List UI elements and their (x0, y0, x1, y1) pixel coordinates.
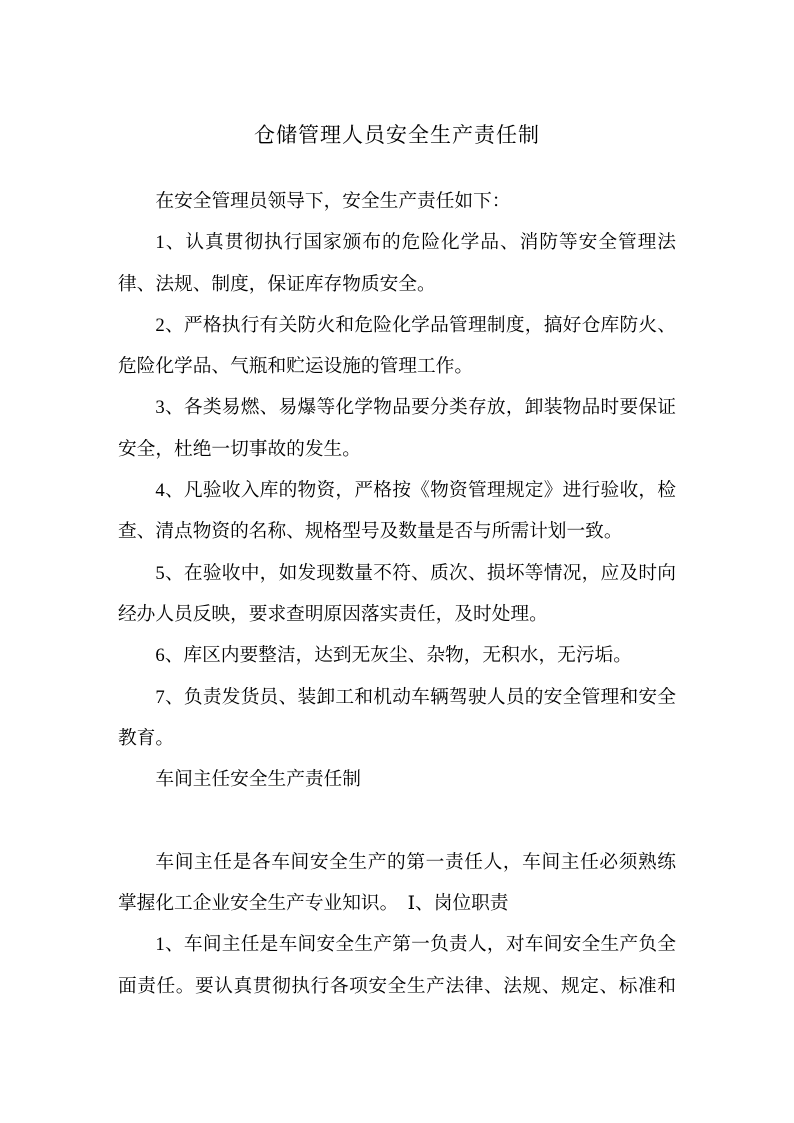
text-line: 面责任。要认真贯彻执行各项安全生产法律、法规、规定、标准和 (118, 966, 676, 1007)
text-line: 1、车间主任是车间安全生产第一负责人，对车间安全生产负全 (118, 924, 676, 965)
document-page: 仓储管理人员安全生产责任制 在安全管理员领导下，安全生产责任如下：1、认真贯彻执… (0, 0, 794, 1123)
text-line: 1、认真贯彻执行国家颁布的危险化学品、消防等安全管理法 (118, 222, 676, 263)
document-body: 在安全管理员领导下，安全生产责任如下：1、认真贯彻执行国家颁布的危险化学品、消防… (118, 181, 676, 1007)
text-line: 2、严格执行有关防火和危险化学品管理制度，搞好仓库防火、 (118, 305, 676, 346)
text-line: 经办人员反映，要求查明原因落实责任，及时处理。 (118, 594, 676, 635)
text-line: 车间主任安全生产责任制 (118, 759, 676, 800)
text-line: 教育。 (118, 718, 676, 759)
text-line: 6、库区内要整洁，达到无灰尘、杂物，无积水，无污垢。 (118, 635, 676, 676)
document-title: 仓储管理人员安全生产责任制 (0, 123, 794, 148)
empty-line (118, 800, 676, 841)
text-line: 危险化学品、气瓶和贮运设施的管理工作。 (118, 346, 676, 387)
text-line: 在安全管理员领导下，安全生产责任如下： (118, 181, 676, 222)
text-line: 安全，杜绝一切事故的发生。 (118, 429, 676, 470)
text-line: 律、法规、制度，保证库存物质安全。 (118, 264, 676, 305)
text-line: 3、各类易燃、易爆等化学物品要分类存放，卸装物品时要保证 (118, 387, 676, 428)
text-line: 车间主任是各车间安全生产的第一责任人，车间主任必须熟练 (118, 842, 676, 883)
text-line: 4、凡验收入库的物资，严格按《物资管理规定》进行验收，检 (118, 470, 676, 511)
text-line: 7、负责发货员、装卸工和机动车辆驾驶人员的安全管理和安全 (118, 677, 676, 718)
text-line: 查、清点物资的名称、规格型号及数量是否与所需计划一致。 (118, 511, 676, 552)
text-line: 5、在验收中，如发现数量不符、质次、损坏等情况，应及时向 (118, 553, 676, 594)
text-line: 掌握化工企业安全生产专业知识。 Ⅰ、岗位职责 (118, 883, 676, 924)
